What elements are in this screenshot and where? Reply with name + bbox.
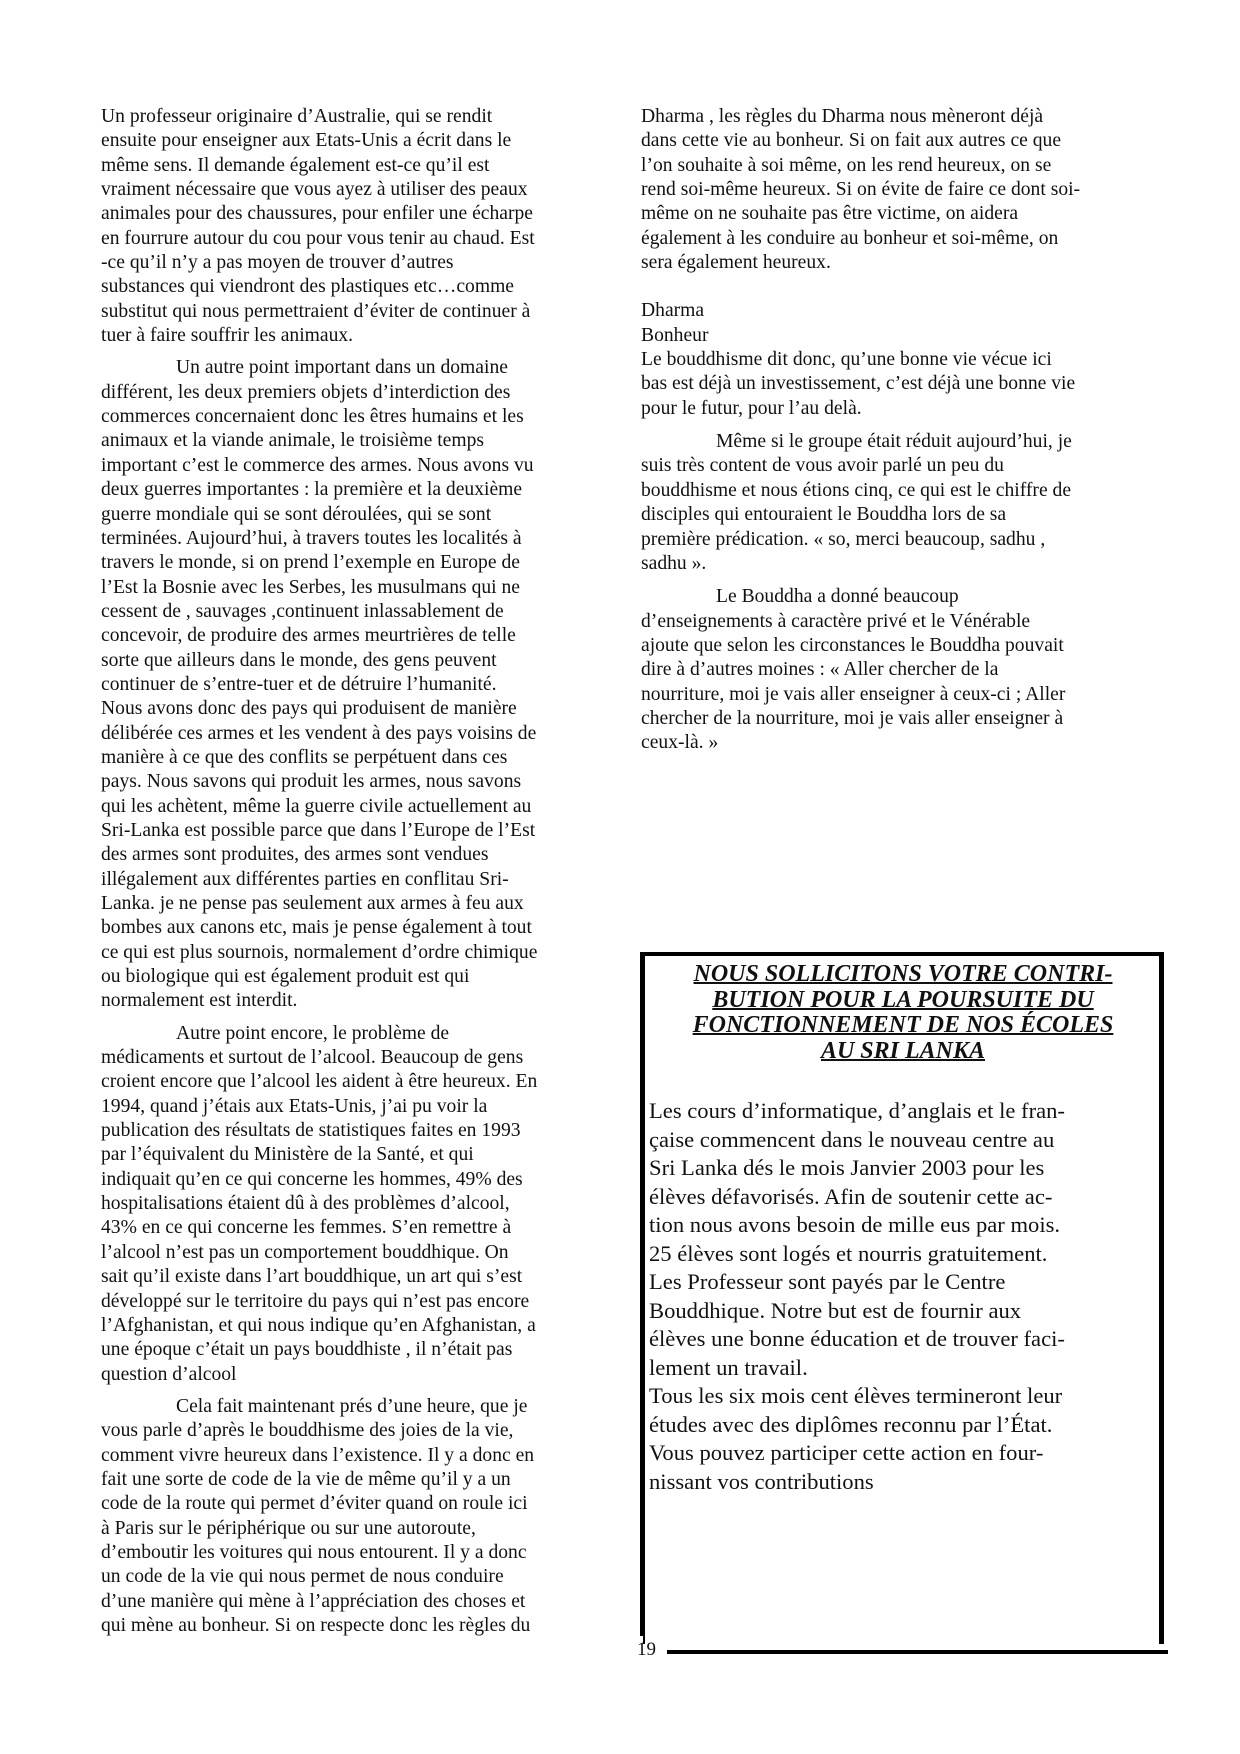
paragraph-alcohol: Autre point encore, le problème de médic…: [101, 1022, 621, 1387]
donation-appeal-box: NOUS SOLLICITONS VOTRE CONTRI- BUTION PO…: [640, 952, 1164, 1644]
paragraph-code-of-life: Cela fait maintenant prés d’une heure, q…: [101, 1395, 621, 1638]
paragraph-private-teachings: Le Bouddha a donné beaucoup d’enseigneme…: [641, 585, 1171, 755]
page-number: 19: [637, 1640, 656, 1660]
paragraph-closing-thanks: Même si le groupe était réduit aujourd’h…: [641, 430, 1171, 576]
paragraph-arms-trade: Un autre point important dans un domaine…: [101, 356, 621, 1013]
paragraph-dharma-rules: Dharma , les règles du Dharma nous mèner…: [641, 105, 1171, 275]
paragraph-dharma-bonheur: Dharma Bonheur Le bouddhisme dit donc, q…: [641, 299, 1171, 421]
box-bottom-border: [667, 1650, 1168, 1654]
appeal-title: NOUS SOLLICITONS VOTRE CONTRI- BUTION PO…: [653, 962, 1153, 1064]
paragraph-australian-professor: Un professeur originaire d’Australie, qu…: [101, 105, 621, 348]
appeal-body: Les cours d’informatique, d’anglais et l…: [649, 1097, 1154, 1496]
right-column: Dharma , les règles du Dharma nous mèner…: [641, 105, 1171, 756]
left-column: Un professeur originaire d’Australie, qu…: [101, 105, 621, 1638]
